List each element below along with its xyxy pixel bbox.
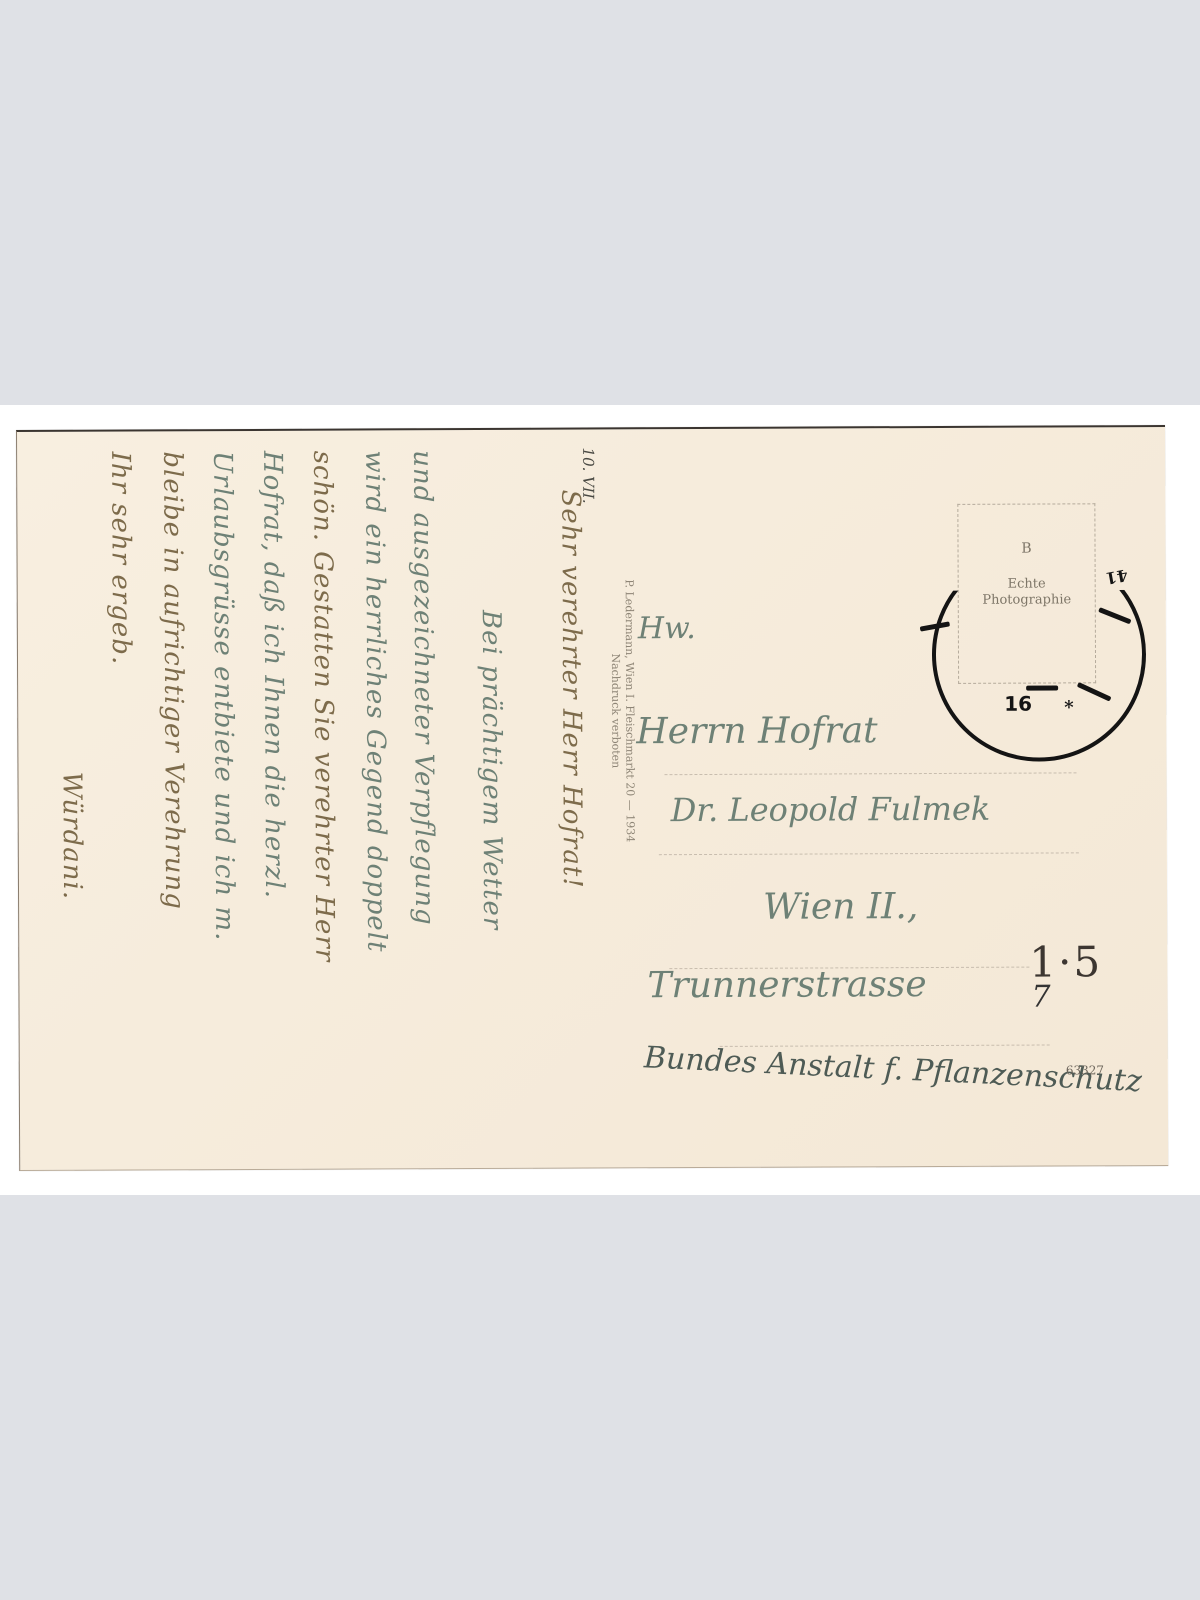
postmark-bar <box>1026 685 1058 690</box>
address-line-street: Trunnerstrasse <box>647 964 926 1006</box>
publisher-imprint: P. Ledermann, Wien I. Fleischmarkt 20 — … <box>608 579 637 842</box>
message-line: Urlaubsgrüsse entbiete und ich m. <box>207 451 239 941</box>
address-salutation: Hw. <box>638 611 696 646</box>
address-rule <box>665 771 1077 775</box>
message-line: bleibe in aufrichtiger Verehrung <box>157 451 189 910</box>
address-line-recipient-name: Dr. Leopold Fulmek <box>671 790 991 829</box>
message-line: wird ein herrliches Gegend doppelt <box>359 450 391 952</box>
postmark-partial-text: 41 <box>1104 565 1129 588</box>
address-rule <box>659 851 1079 855</box>
publisher-line: P. Ledermann, Wien I. Fleischmarkt 20 — … <box>622 579 637 842</box>
address-line-recipient-title: Herrn Hofrat <box>636 710 877 752</box>
message-line: und ausgezeichneter Verpflegung <box>407 450 439 925</box>
message-line: Hofrat, daß ich Ihnen die herzl. <box>257 451 289 899</box>
postmark-star-icon: * <box>1064 697 1074 718</box>
message-line: Sehr verehrter Herr Hofrat! <box>555 490 587 889</box>
stamp-box-letter: B <box>958 540 1094 557</box>
handwritten-message: Sehr verehrter Herr Hofrat! Bei prächtig… <box>17 429 620 1170</box>
date-note: 10. VII. <box>579 447 597 503</box>
postmark-number: 16 <box>1004 692 1032 716</box>
address-line-city: Wien II., <box>763 886 918 928</box>
copyright-line: Nachdruck verboten <box>608 579 623 842</box>
message-line: schön. Gestatten Sie verehrter Herr <box>307 451 339 963</box>
message-line: Bei prächtigem Wetter <box>476 610 507 931</box>
signature: Würdani. <box>56 772 87 900</box>
message-line: Ihr sehr ergeb. <box>105 451 136 665</box>
stamped-number: 1·5 <box>1029 937 1102 986</box>
serial-number: 63327 <box>1066 1063 1104 1077</box>
postcard-back: Sehr verehrter Herr Hofrat! Bei prächtig… <box>16 425 1168 1171</box>
